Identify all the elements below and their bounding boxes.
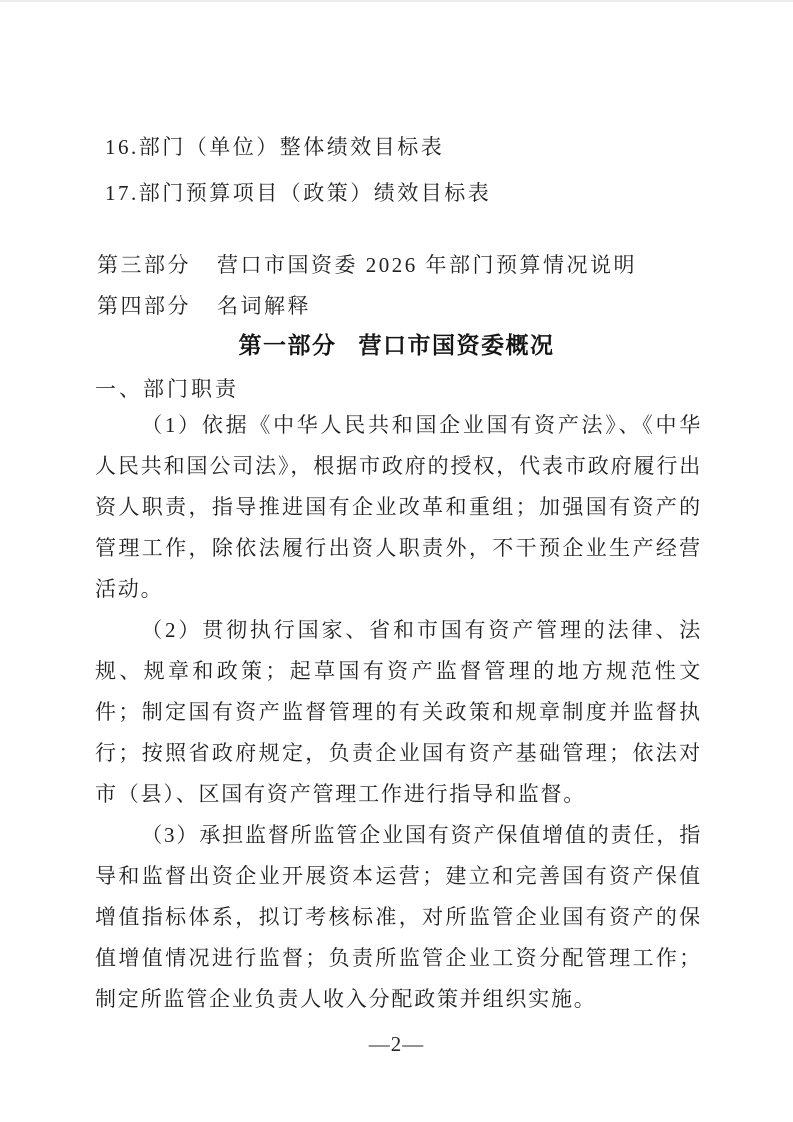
page-number: —2— (0, 1032, 793, 1057)
toc-list: 16.部门（单位）整体绩效目标表 17.部门预算项目（政策）绩效目标表 (105, 124, 705, 216)
document-page: 16.部门（单位）整体绩效目标表 17.部门预算项目（政策）绩效目标表 第三部分… (0, 0, 793, 1122)
section-one-heading: 第一部分营口市国资委概况 (0, 329, 793, 363)
duties-subheading: 一、部门职责 (95, 373, 239, 405)
toc-item-17: 17.部门预算项目（政策）绩效目标表 (105, 170, 705, 216)
toc-part-four-label: 第四部分 (97, 286, 191, 327)
duties-paragraphs: （1）依据《中华人民共和国企业国有资产法》、《中华人民共和国公司法》，根据市政府… (95, 405, 702, 1020)
toc-part-three-label: 第三部分 (97, 245, 191, 286)
toc-part-four: 第四部分名词解释 (97, 286, 705, 327)
toc-parts: 第三部分营口市国资委 2026 年部门预算情况说明 第四部分名词解释 (97, 245, 705, 327)
duty-paragraph-1: （1）依据《中华人民共和国企业国有资产法》、《中华人民共和国公司法》，根据市政府… (95, 405, 702, 610)
toc-item-16: 16.部门（单位）整体绩效目标表 (105, 124, 705, 170)
toc-part-three-title: 营口市国资委 2026 年部门预算情况说明 (217, 253, 637, 277)
section-one-heading-title: 营口市国资委概况 (359, 333, 555, 358)
toc-part-three: 第三部分营口市国资委 2026 年部门预算情况说明 (97, 245, 705, 286)
duty-paragraph-3: （3）承担监督所监管企业国有资产保值增值的责任，指导和监督出资企业开展资本运营；… (95, 815, 702, 1020)
toc-part-four-title: 名词解释 (217, 294, 311, 318)
duty-paragraph-2: （2）贯彻执行国家、省和市国有资产管理的法律、法规、规章和政策；起草国有资产监督… (95, 610, 702, 815)
section-one-heading-part: 第一部分 (239, 333, 337, 358)
